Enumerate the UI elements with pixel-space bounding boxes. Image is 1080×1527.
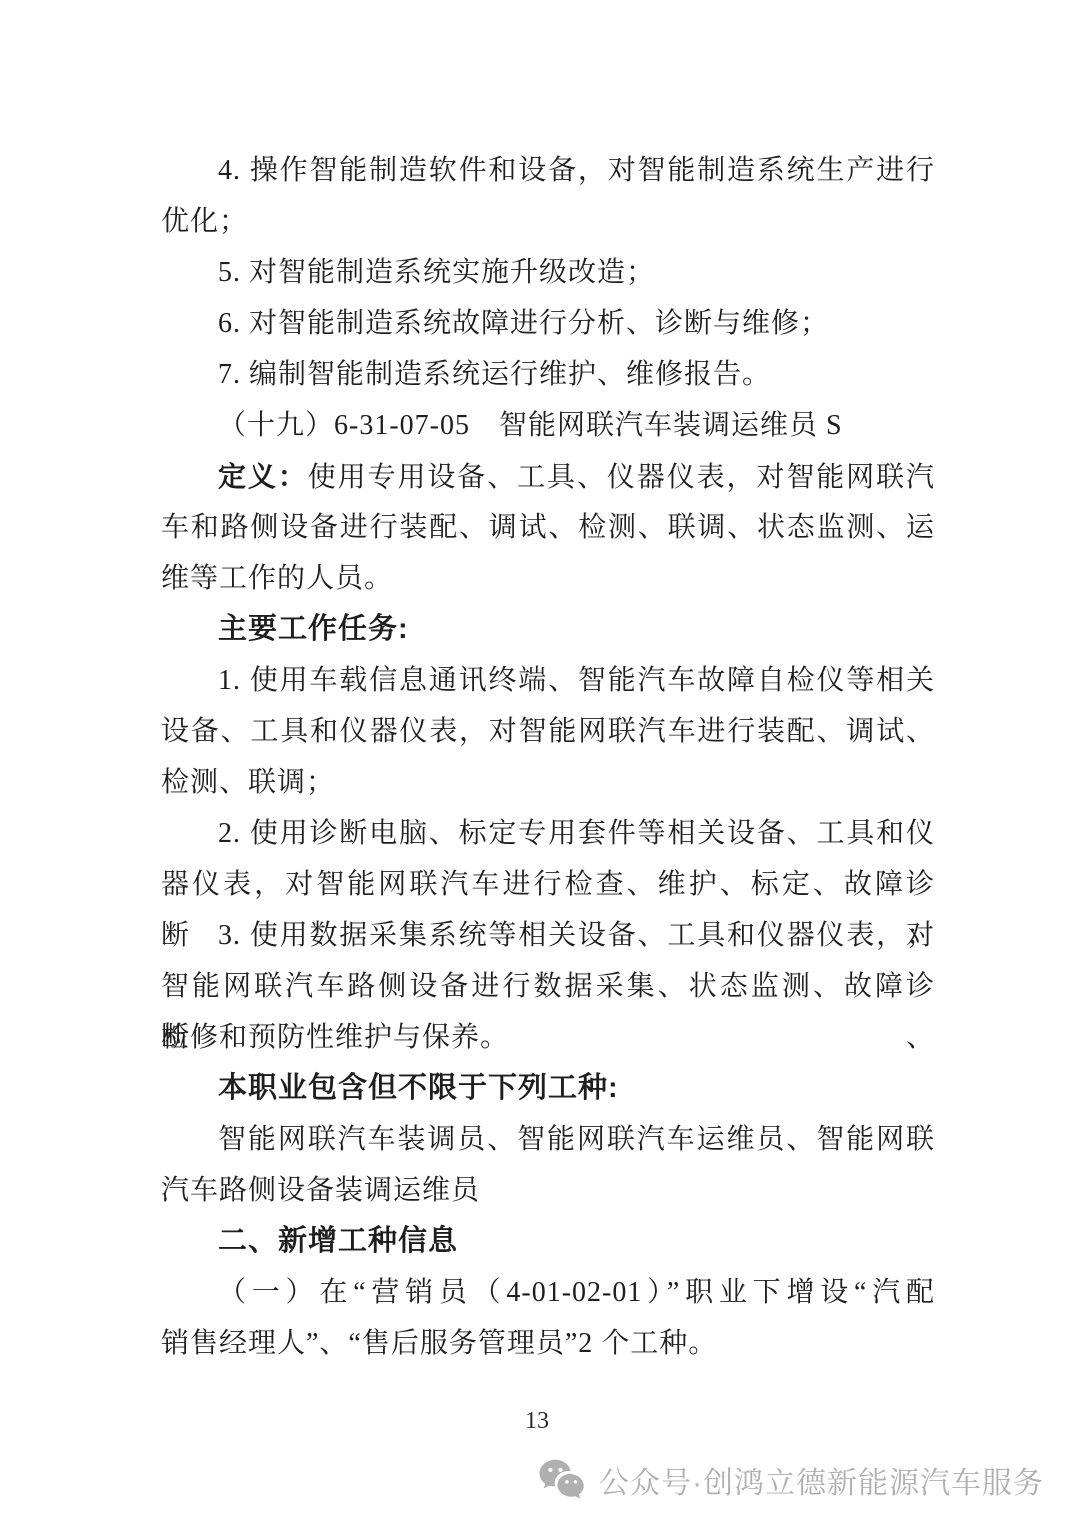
text-line: 智能网联汽车装调员、智能网联汽车运维员、智能网联 bbox=[161, 1114, 935, 1165]
text-line: 定义：使用专用设备、工具、仪器仪表，对智能网联汽 bbox=[161, 451, 935, 502]
text-line: 维等工作的人员。 bbox=[161, 553, 935, 604]
text-line: 主要工作任务: bbox=[161, 604, 935, 655]
text-line: 1. 使用车载信息通讯终端、智能汽车故障自检仪等相关 bbox=[161, 655, 935, 706]
text-line: 2. 使用诊断电脑、标定专用套件等相关设备、工具和仪 bbox=[161, 808, 935, 859]
watermark: 公众号·创鸿立德新能源汽车服务 bbox=[538, 1458, 1044, 1502]
definition-label: 定义： bbox=[218, 461, 308, 492]
text-line: 7. 编制智能制造系统运行维护、维修报告。 bbox=[161, 349, 935, 400]
text-line: 汽车路侧设备装调运维员 bbox=[161, 1165, 935, 1216]
text-line: 4. 操作智能制造软件和设备，对智能制造系统生产进行 bbox=[161, 145, 935, 196]
text-line: 智能网联汽车路侧设备进行数据采集、状态监测、故障诊断、 bbox=[161, 961, 935, 1012]
text-line: （一）在“营销员（4-01-02-01）”职业下增设“汽配 bbox=[161, 1267, 935, 1318]
document-page: 4. 操作智能制造软件和设备，对智能制造系统生产进行优化；5. 对智能制造系统实… bbox=[0, 0, 1080, 1527]
text-line: （十九）6-31-07-05 智能网联汽车装调运维员 S bbox=[161, 400, 935, 451]
text-line: 器仪表，对智能网联汽车进行检查、维护、标定、故障诊断； bbox=[161, 859, 935, 910]
text-line: 本职业包含但不限于下列工种: bbox=[161, 1063, 935, 1114]
text-line: 车和路侧设备进行装配、调试、检测、联调、状态监测、运 bbox=[161, 502, 935, 553]
page-number: 13 bbox=[0, 1408, 1074, 1435]
text-line: 二、新增工种信息 bbox=[161, 1216, 935, 1267]
text-line: 3. 使用数据采集系统等相关设备、工具和仪器仪表，对 bbox=[161, 910, 935, 961]
text-line: 优化； bbox=[161, 196, 935, 247]
text-line: 5. 对智能制造系统实施升级改造； bbox=[161, 247, 935, 298]
watermark-text: 公众号·创鸿立德新能源汽车服务 bbox=[599, 1458, 1044, 1502]
text-line: 6. 对智能制造系统故障进行分析、诊断与维修； bbox=[161, 298, 935, 349]
text-line: 设备、工具和仪器仪表，对智能网联汽车进行装配、调试、 bbox=[161, 706, 935, 757]
document-body: 4. 操作智能制造软件和设备，对智能制造系统生产进行优化；5. 对智能制造系统实… bbox=[161, 145, 935, 1369]
text-line: 检测、联调； bbox=[161, 757, 935, 808]
wechat-icon bbox=[538, 1458, 586, 1502]
text-line: 销售经理人”、“售后服务管理员”2 个工种。 bbox=[161, 1318, 935, 1369]
